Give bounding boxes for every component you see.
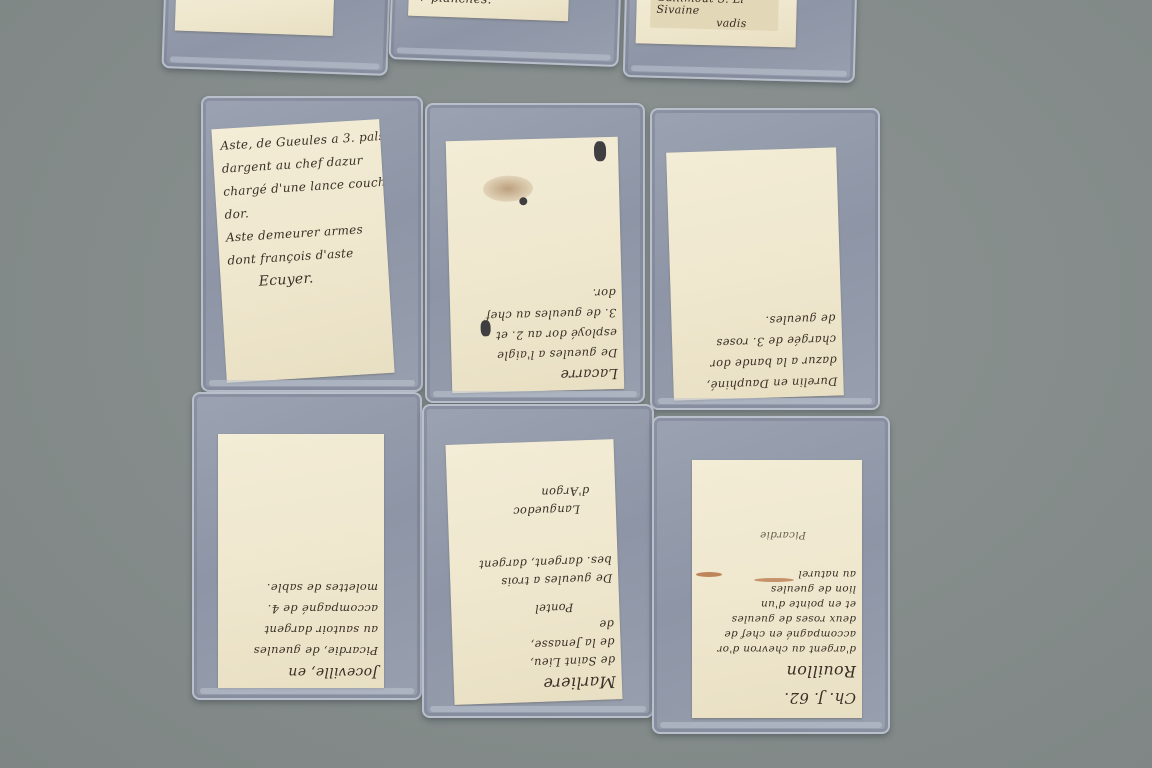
card-line: Joceville, en: [226, 661, 378, 682]
card-rouillon: Ch. J. 62. Rouillon d'argent au chevron …: [692, 460, 862, 718]
card-line: au naturel: [700, 566, 856, 581]
card-line: d'argent au chevron d'or: [700, 641, 856, 656]
card-line: Picardie: [700, 527, 856, 542]
card-line: accompagné de 4.: [226, 598, 378, 619]
sleeve-rouillon: Ch. J. 62. Rouillon d'argent au chevron …: [652, 416, 890, 734]
card-top-right: fesses Marquise de Gallimout S. Li Sivai…: [636, 0, 798, 47]
sleeve-top-right: fesses Marquise de Gallimout S. Li Sivai…: [623, 0, 858, 83]
card-line: lion de gueules: [700, 581, 856, 596]
hole: [519, 197, 527, 205]
sleeve-top-left: [161, 0, 390, 76]
ink-blot: [594, 141, 607, 161]
card-line: Rouillon: [700, 656, 856, 686]
card-line: vadis: [656, 16, 790, 32]
sleeve-marliere: Marliere de Saint Lieu, de la Jenasse, d…: [422, 404, 654, 718]
card-lacarre: Lacarre De gueules a l'aigle esployé dor…: [446, 137, 625, 393]
card-line: Lacarre: [460, 363, 618, 387]
card-line: + planches.: [416, 0, 562, 9]
sleeve-top-middle: Maine Icy finissent les 2 + + planches.: [389, 0, 622, 67]
card-line: au sautoir dargent: [226, 619, 378, 640]
sleeve-lacarre: Lacarre De gueules a l'aigle esployé dor…: [425, 103, 645, 403]
card-line: et en pointe d'un: [700, 596, 856, 611]
card-line: 3. de gueules au chef: [458, 303, 616, 327]
card-line: molettes de sable.: [226, 577, 378, 598]
card-line: dor.: [458, 283, 616, 307]
card-line: Picardie, de gueules: [226, 640, 378, 661]
card-aste: Aste, de Gueules a 3. pals dargent au ch…: [211, 119, 394, 383]
card-marliere: Marliere de Saint Lieu, de la Jenasse, d…: [446, 439, 623, 705]
card-top-middle: Maine Icy finissent les 2 + + planches.: [408, 0, 569, 21]
sleeve-aste: Aste, de Gueules a 3. pals dargent au ch…: [201, 96, 423, 392]
card-line: esployé dor au 2. et: [459, 323, 617, 347]
card-line: De gueules a l'aigle: [459, 343, 617, 367]
card-joceville: Joceville, en Picardie, de gueules au sa…: [218, 434, 384, 688]
card-line: accompagné en chef de: [700, 626, 856, 641]
card-top-left: [175, 0, 335, 36]
card-dauphine: Durelin en Dauphiné, dazur a la bande do…: [666, 147, 844, 400]
card-line: Ch. J. 62.: [700, 686, 856, 710]
sleeve-joceville: Joceville, en Picardie, de gueules au sa…: [192, 392, 422, 700]
sleeve-dauphine: Durelin en Dauphiné, dazur a la bande do…: [650, 108, 880, 410]
card-line: deux roses de gueules: [700, 611, 856, 626]
